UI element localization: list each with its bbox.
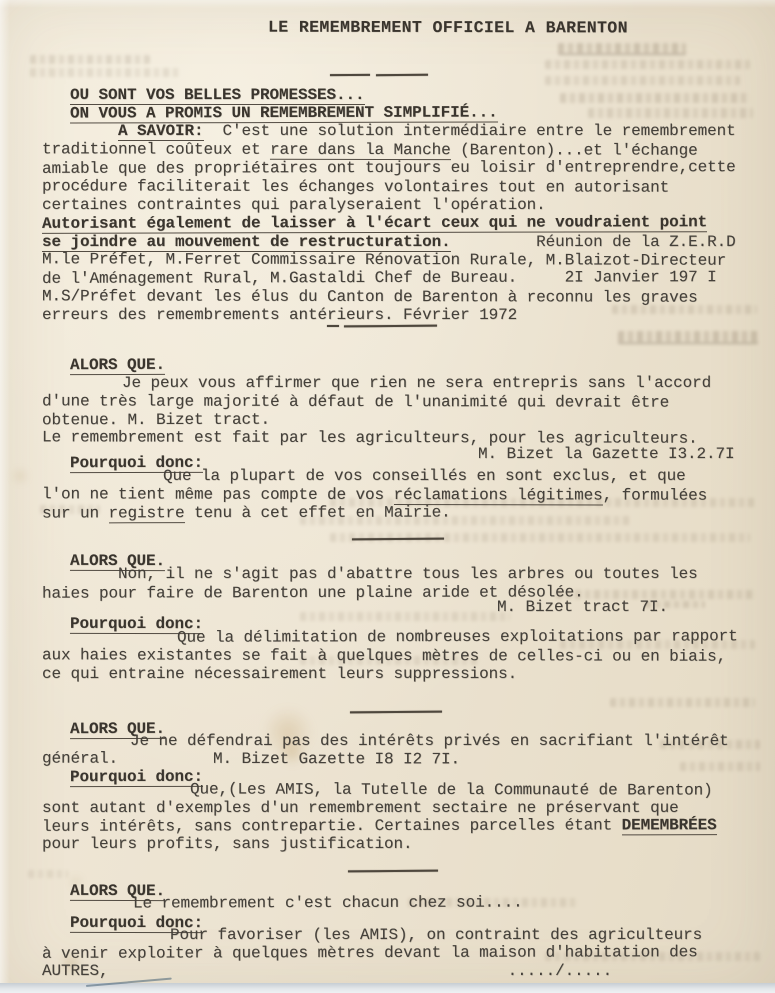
text-line: ce qui entraine nécessairement leurs sup… (42, 666, 517, 683)
underlined-text: se joindre au mouvement de restructurati… (42, 233, 451, 252)
text-line: OU SONT VOS BELLES PROMESSES... (70, 87, 365, 104)
underlined-text: A SAVOIR: (118, 122, 204, 141)
text-segment: Non, il ne s'agit pas d'abattre tous les… (118, 565, 698, 583)
text-line: M.S/Préfet devant les élus du Canton de … (42, 288, 698, 306)
underlined-text: rare dans la Manche (270, 141, 451, 160)
underlined-text: réclamations légitimes (394, 486, 603, 505)
text-line: certaines contraintes qui paralyseraient… (42, 197, 546, 214)
ink-bleedthrough-mark (680, 762, 760, 771)
section-divider (327, 325, 339, 327)
text-segment: ce qui entraine nécessairement leurs sup… (42, 665, 517, 683)
text-segment: procédure faciliterait les échanges volo… (42, 177, 669, 196)
section-divider (350, 711, 442, 714)
text-segment: traditionnel coûteux et (42, 140, 270, 158)
text-segment: tenu à cet effet en Mairie. (185, 504, 451, 523)
text-segment: aux haies existantes se fait à quelques … (42, 646, 726, 665)
text-segment: , formulées (603, 486, 708, 504)
text-segment: leurs intérêts, sans contrepartie. Certa… (42, 816, 622, 835)
text-segment: LE REMEMBREMENT OFFICIEL A BARENTON (268, 18, 628, 38)
text-segment: sont autant d'exemples d'un remembrement… (42, 799, 679, 817)
text-line: Que,(Les AMIS, la Tutelle de la Communau… (190, 781, 713, 799)
section-divider (330, 74, 370, 76)
text-line: de l'Aménagement Rural, M.Gastaldi Chef … (42, 269, 717, 288)
ink-bleedthrough-mark (28, 870, 68, 878)
underlined-text: ON VOUS A PROMIS UN REMEMBREMENT SIMPLIF… (70, 103, 498, 123)
text-segment: l'on ne tient même pas compte de vos (42, 485, 394, 504)
text-segment: C'est une solution intermédiaire entre l… (204, 122, 736, 140)
ink-bleedthrough-mark (30, 55, 150, 64)
section-divider (376, 74, 428, 76)
document-title: LE REMEMBREMENT OFFICIEL A BARENTON (268, 19, 628, 37)
text-segment: (Barenton)...et l'échange (451, 141, 698, 160)
text-line: d'une très large majorité à défaut de l'… (42, 393, 669, 411)
ink-bleedthrough-mark (300, 612, 510, 621)
text-segment: général. M. Bizet Gazette I8 I2 7I. (42, 750, 460, 769)
underlined-text: ALORS QUE. (70, 356, 165, 375)
ink-bleedthrough-mark (588, 108, 753, 118)
text-line: Autorisant également de laisser à l'écar… (42, 214, 707, 233)
text-line: Pourquoi donc: (70, 769, 203, 786)
text-segment: M. Bizet tract 7I. (497, 598, 668, 616)
text-line: Non, il ne s'agit pas d'abattre tous les… (118, 566, 698, 583)
text-segment: d'une très large majorité à défaut de l'… (42, 392, 669, 411)
text-segment: M.le Préfet, M.Ferret Commissaire Rénova… (42, 250, 726, 269)
text-line: sont autant d'exemples d'un remembrement… (42, 800, 679, 817)
text-line: l'on ne tient même pas compte de vos réc… (42, 486, 707, 504)
underlined-text: Pourquoi donc: (70, 768, 203, 787)
underlined-text: Autorisant également de laisser à l'écar… (42, 213, 707, 234)
text-line: Que la délimitation de nombreuses exploi… (177, 628, 738, 646)
text-line: M. Bizet tract 7I. (497, 599, 668, 616)
text-segment: Que la délimitation de nombreuses exploi… (177, 627, 738, 646)
ink-bleedthrough-mark (545, 60, 750, 69)
ink-bleedthrough-mark (618, 331, 758, 342)
text-line: leurs intérêts, sans contrepartie. Certa… (42, 817, 717, 836)
text-line: obtenue. M. Bizet tract. (42, 412, 270, 430)
text-segment: Que,(Les AMIS, la Tutelle de la Communau… (190, 780, 713, 799)
ink-bleedthrough-mark (560, 93, 750, 103)
text-line: Je ne défendrai pas des intérêts privés … (130, 733, 729, 750)
ink-bleedthrough-mark (545, 76, 740, 85)
text-segment: erreurs des remembrements antérieurs. Fé… (42, 306, 517, 324)
text-line: général. M. Bizet Gazette I8 I2 7I. (42, 751, 460, 769)
scanned-document-page: LE REMEMBREMENT OFFICIEL A BARENTONOU SO… (0, 0, 775, 993)
text-line: aux haies existantes se fait à quelques … (42, 647, 726, 665)
underlined-text: DEMEMBRÉES (622, 816, 717, 835)
text-line: AUTRES, ...../..... (42, 963, 612, 980)
text-segment: AUTRES, (42, 962, 109, 980)
text-line: ON VOUS A PROMIS UN REMEMBREMENT SIMPLIF… (70, 104, 498, 122)
text-segment: amiable que des propriétaires ont toujou… (42, 158, 736, 178)
text-line: procédure faciliterait les échanges volo… (42, 178, 669, 196)
ink-bleedthrough-mark (30, 68, 180, 77)
scan-bottom-edge (0, 983, 775, 993)
text-segment: M. Bizet la Gazette I3.2.7I (478, 445, 735, 463)
text-line: erreurs des remembrements antérieurs. Fé… (42, 307, 517, 324)
ink-bleedthrough-mark (558, 43, 686, 53)
paper-stain (12, 468, 28, 484)
text-segment: Le remembrement c'est chacun chez soi...… (133, 894, 523, 913)
text-segment: obtenue. M. Bizet tract. (42, 411, 270, 430)
text-segment: Que la plupart de vos conseillés en sont… (163, 467, 686, 485)
text-segment: M.S/Préfet devant les élus du Canton de … (42, 287, 698, 306)
text-line: Que la plupart de vos conseillés en sont… (163, 468, 686, 485)
text-segment: certaines contraintes qui paralyseraient… (42, 196, 546, 214)
text-line: se joindre au mouvement de restructurati… (42, 234, 736, 251)
text-segment: ...../..... (109, 962, 613, 980)
text-line: sur un registre tenu à cet effet en Mair… (42, 505, 451, 523)
text-line: A SAVOIR: C'est une solution intermédiai… (118, 123, 736, 140)
section-divider (348, 870, 438, 873)
section-divider (344, 325, 437, 328)
text-line: pour leurs profits, sans justification. (42, 836, 413, 853)
text-line: amiable que des propriétaires ont toujou… (42, 159, 736, 178)
text-line: traditionnel coûteux et rare dans la Man… (42, 141, 698, 159)
underlined-text: OU SONT VOS BELLES PROMESSES... (70, 86, 365, 105)
text-line: M.le Préfet, M.Ferret Commissaire Rénova… (42, 251, 726, 269)
text-segment: de l'Aménagement Rural, M.Gastaldi Chef … (42, 268, 717, 288)
section-divider (352, 538, 444, 541)
text-line: à venir exploiter à quelques mètres deva… (42, 944, 698, 963)
text-segment: Pour favoriser (les AMIS), on contraint … (170, 926, 702, 944)
underlined-text: registre (108, 504, 184, 523)
text-line: Pour favoriser (les AMIS), on contraint … (170, 927, 702, 944)
ink-bleedthrough-mark (610, 698, 755, 707)
text-segment: Je ne défendrai pas des intérêts privés … (130, 732, 729, 750)
text-line: ALORS QUE. (70, 357, 165, 374)
text-segment: Je peux vous affirmer que rien ne sera e… (122, 374, 711, 392)
text-line: M. Bizet la Gazette I3.2.7I (478, 446, 735, 463)
text-segment: Réunion de la Z.E.R.D (451, 233, 736, 251)
text-segment: pour leurs profits, sans justification. (42, 835, 413, 853)
text-line: Je peux vous affirmer que rien ne sera e… (122, 375, 711, 392)
text-segment: sur un (42, 504, 109, 522)
text-segment: à venir exploiter à quelques mètres deva… (42, 943, 698, 963)
text-line: Le remembrement c'est chacun chez soi...… (133, 895, 523, 913)
